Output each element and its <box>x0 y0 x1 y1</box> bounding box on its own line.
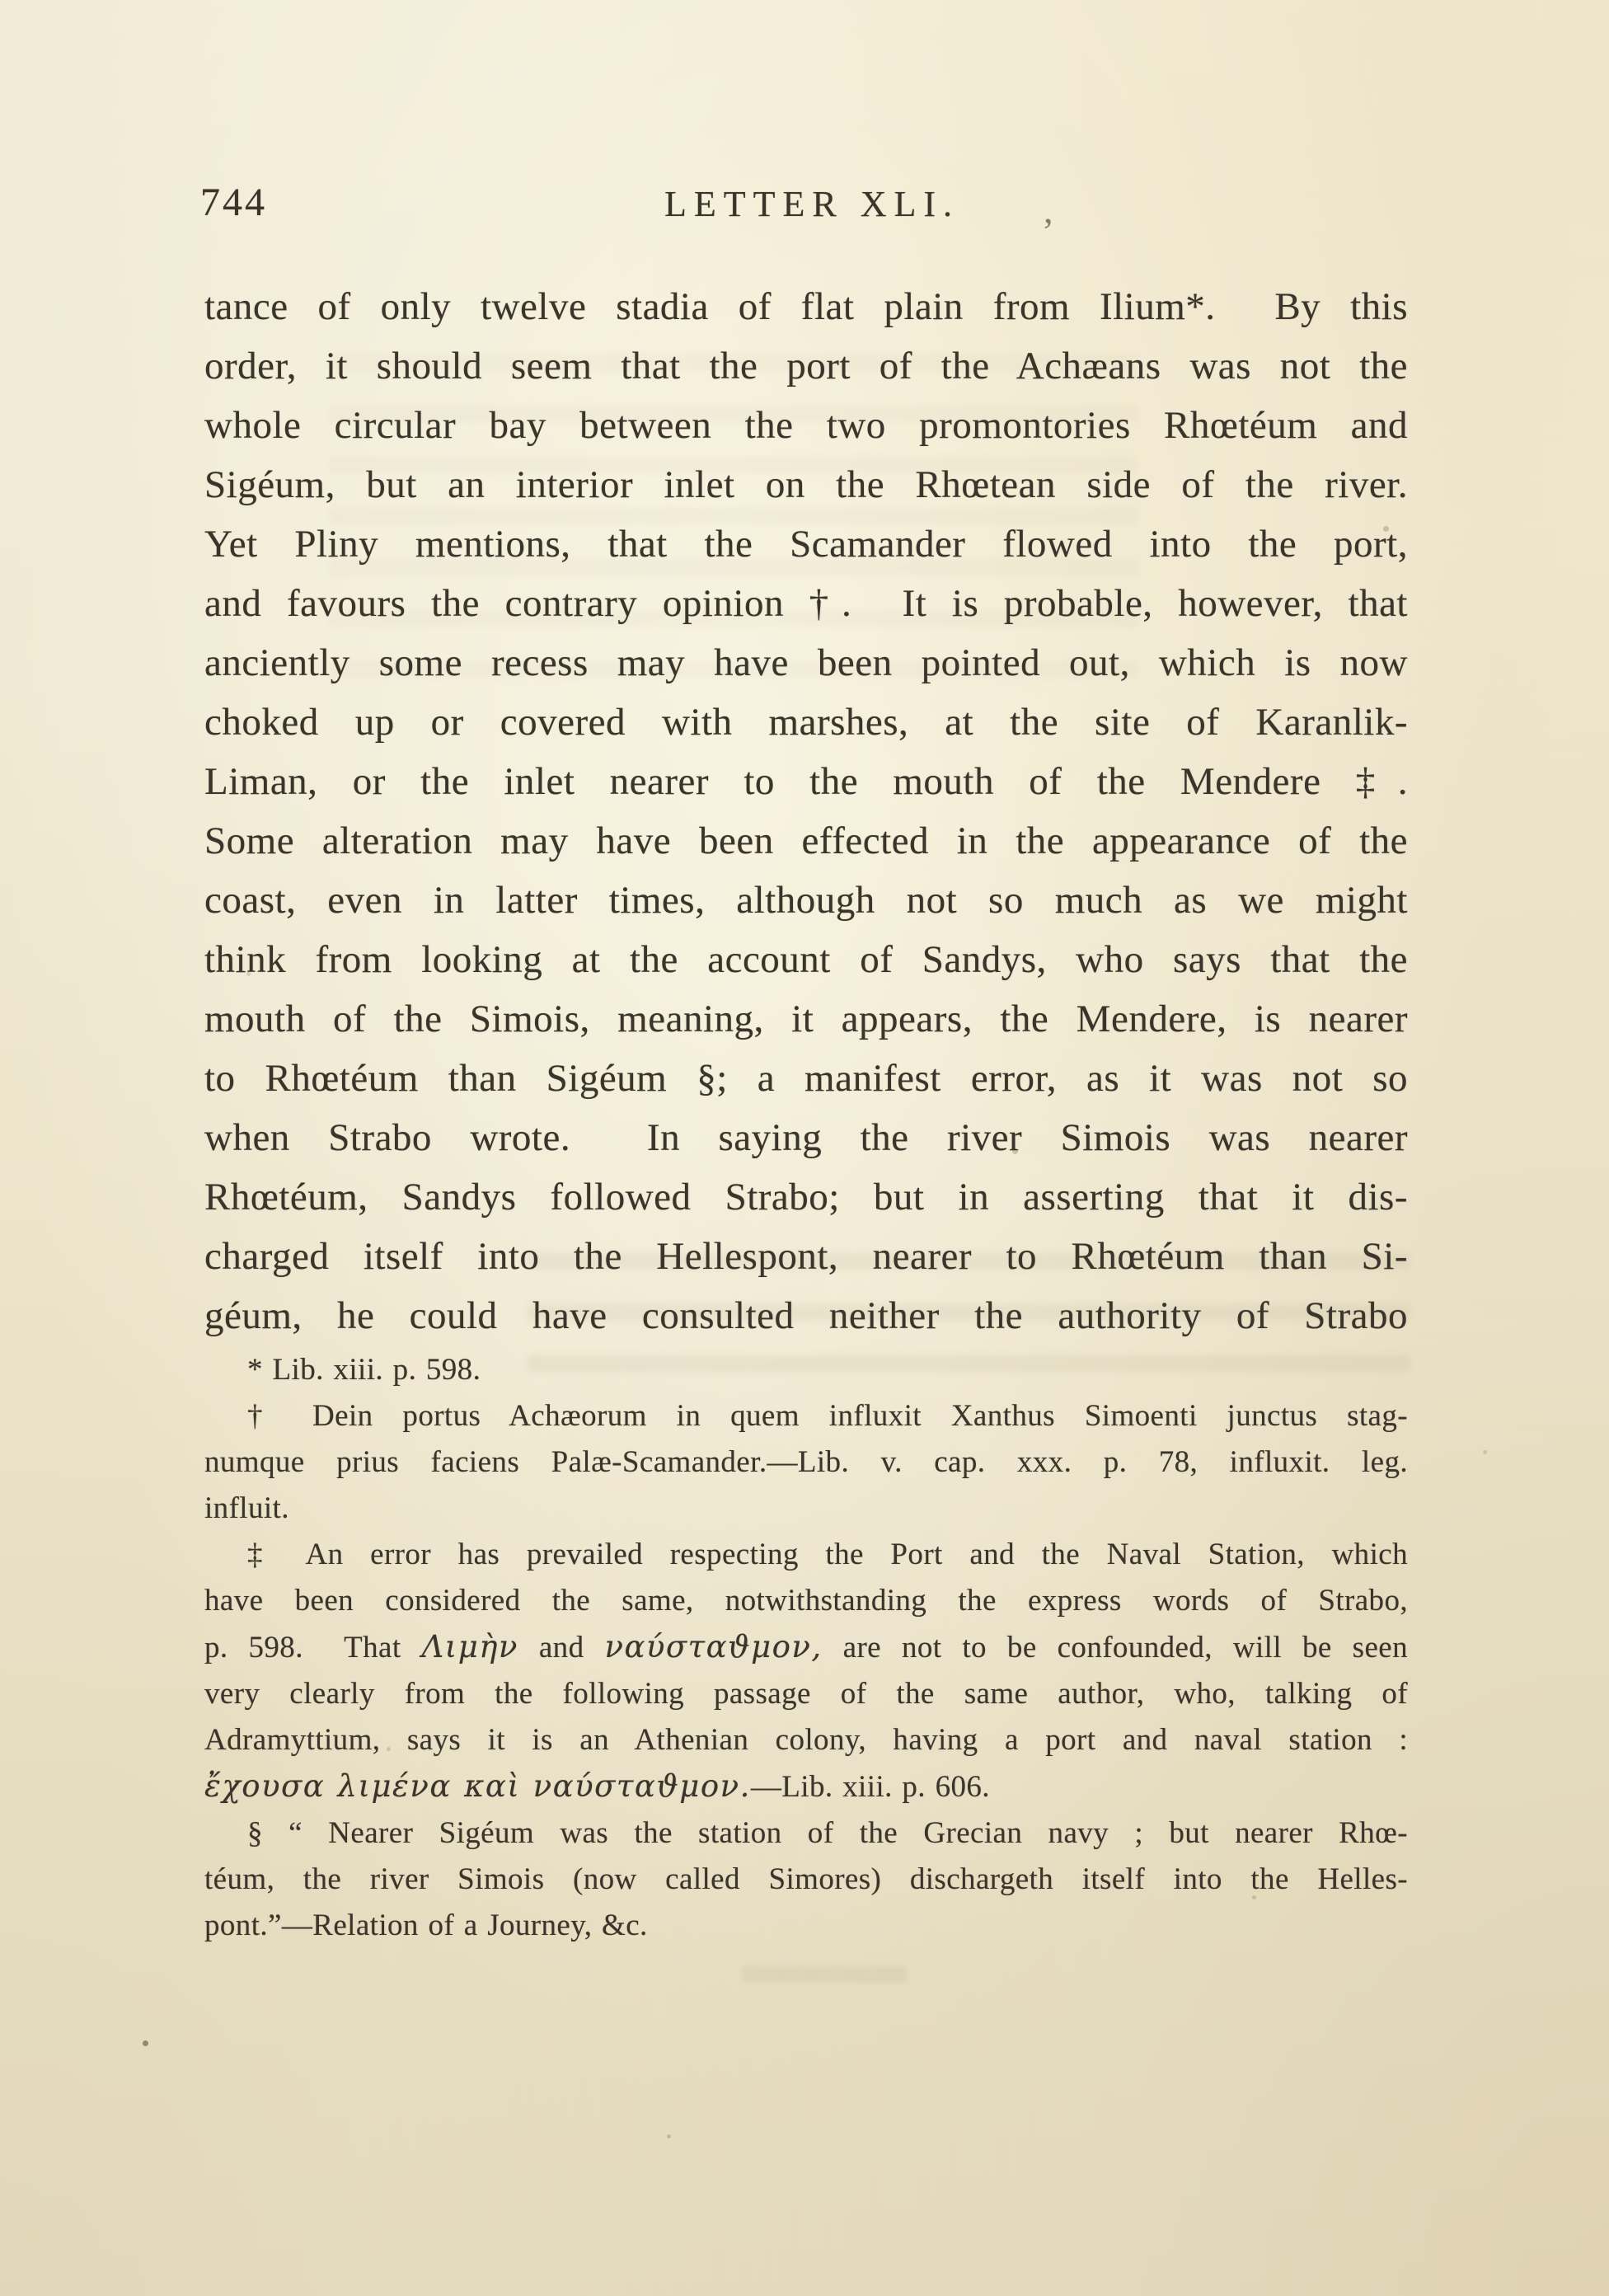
footnote-line: téum, the river Simois (now called Simor… <box>204 1857 1408 1903</box>
body-line: Sigéum, but an interior inlet on the Rhœ… <box>204 455 1408 514</box>
text-run: very clearly from the following passage … <box>204 1677 1408 1711</box>
text-run: to Rhœtéum than Sigéum §; a manifest err… <box>204 1057 1408 1100</box>
footnote-line: p. 598. That Λιμὴν and ναύσταϑμον, are n… <box>204 1624 1408 1671</box>
text-run: ‡ An error has prevailed respecting the … <box>247 1538 1408 1571</box>
text-run: † Dein portus Achæorum in quem influxit … <box>247 1399 1408 1433</box>
body-line: coast, even in latter times, although no… <box>204 871 1408 930</box>
text-run: when Strabo wrote. In saying the river S… <box>204 1116 1408 1159</box>
text-run: and favours the contrary opinion †. It i… <box>204 582 1408 625</box>
greek-text-run: Λιμὴν <box>421 1629 518 1664</box>
body-line: Liman, or the inlet nearer to the mouth … <box>204 752 1408 811</box>
footnote-line: ἔχουσα λιμένα καὶ ναύσταϑμον.—Lib. xiii.… <box>204 1763 1408 1810</box>
text-run: numque prius faciens Palæ-Scamander.—Lib… <box>204 1445 1408 1479</box>
footnote-line: pont.”—Relation of a Journey, &c. <box>204 1903 1408 1949</box>
body-line: charged itself into the Hellespont, near… <box>204 1227 1408 1286</box>
paper-specks <box>0 0 2 2</box>
text-run: and <box>518 1631 605 1664</box>
footnote-line: influit. <box>204 1486 1408 1532</box>
body-line: Yet Pliny mentions, that the Scamander f… <box>204 514 1408 574</box>
body-line: whole circular bay between the two promo… <box>204 396 1408 455</box>
text-run: tance of only twelve stadia of flat plai… <box>204 285 1408 328</box>
ink-speck-mark: , <box>1044 188 1053 232</box>
text-run: influit. <box>204 1491 289 1525</box>
body-line: when Strabo wrote. In saying the river S… <box>204 1108 1408 1167</box>
text-run: are not to be confounded, will be seen <box>823 1631 1408 1664</box>
body-line: choked up or covered with marshes, at th… <box>204 693 1408 752</box>
text-run: charged itself into the Hellespont, near… <box>204 1235 1408 1278</box>
greek-text-run: ναύσταϑμον, <box>604 1629 822 1664</box>
body-line: to Rhœtéum than Sigéum §; a manifest err… <box>204 1049 1408 1108</box>
body-line: order, it should seem that the port of t… <box>204 336 1408 396</box>
text-run: * Lib. xiii. p. 598. <box>247 1353 481 1387</box>
text-run: § “ Nearer Sigéum was the station of the… <box>247 1816 1408 1850</box>
running-head: LETTER XLI. <box>664 183 959 225</box>
text-run: order, it should seem that the port of t… <box>204 345 1408 387</box>
body-line: Some alteration may have been effected i… <box>204 811 1408 871</box>
footnotes: * Lib. xiii. p. 598.† Dein portus Achæor… <box>204 1347 1408 1949</box>
main-paragraph: tance of only twelve stadia of flat plai… <box>204 277 1408 1345</box>
text-run: Sigéum, but an interior inlet on the Rhœ… <box>204 463 1408 506</box>
greek-text-run: ἔχουσα λιμένα καὶ ναύσταϑμον. <box>204 1768 751 1804</box>
footnote-line: ‡ An error has prevailed respecting the … <box>204 1532 1408 1578</box>
footnote-line: † Dein portus Achæorum in quem influxit … <box>204 1393 1408 1439</box>
page-number: 744 <box>200 180 267 225</box>
footnote-line: § “ Nearer Sigéum was the station of the… <box>204 1810 1408 1857</box>
text-run: pont.”—Relation of a Journey, &c. <box>204 1909 648 1942</box>
text-run: mouth of the Simois, meaning, it appears… <box>204 998 1408 1040</box>
text-run: Some alteration may have been effected i… <box>204 819 1408 862</box>
footnote-line: Adramyttium, says it is an Athenian colo… <box>204 1717 1408 1763</box>
book-page: 744 LETTER XLI. , tance of only twelve s… <box>0 0 1609 2296</box>
body-line: Rhœtéum, Sandys followed Strabo; but in … <box>204 1167 1408 1227</box>
text-run: Yet Pliny mentions, that the Scamander f… <box>204 523 1408 566</box>
text-run: coast, even in latter times, although no… <box>204 879 1408 922</box>
text-run: think from looking at the account of San… <box>204 938 1408 981</box>
footnote-line: * Lib. xiii. p. 598. <box>204 1347 1408 1393</box>
footnote-line: have been considered the same, notwithst… <box>204 1578 1408 1624</box>
text-run: whole circular bay between the two promo… <box>204 404 1408 447</box>
text-run: Adramyttium, says it is an Athenian colo… <box>204 1723 1408 1757</box>
footnote-line: very clearly from the following passage … <box>204 1671 1408 1717</box>
text-run: téum, the river Simois (now called Simor… <box>204 1862 1408 1896</box>
text-run: Liman, or the inlet nearer to the mouth … <box>204 760 1408 803</box>
show-through-smudge <box>742 1966 907 2007</box>
body-line: think from looking at the account of San… <box>204 930 1408 989</box>
text-run: Rhœtéum, Sandys followed Strabo; but in … <box>204 1176 1408 1218</box>
body-line: géum, he could have consulted neither th… <box>204 1286 1408 1345</box>
footnote-line: numque prius faciens Palæ-Scamander.—Lib… <box>204 1439 1408 1486</box>
text-run: —Lib. xiii. p. 606. <box>751 1770 990 1804</box>
body-line: tance of only twelve stadia of flat plai… <box>204 277 1408 336</box>
text-run: choked up or covered with marshes, at th… <box>204 701 1408 744</box>
body-line: and favours the contrary opinion †. It i… <box>204 574 1408 633</box>
text-run: p. 598. That <box>204 1631 421 1664</box>
text-run: have been considered the same, notwithst… <box>204 1584 1408 1618</box>
body-line: anciently some recess may have been poin… <box>204 633 1408 693</box>
text-run: anciently some recess may have been poin… <box>204 641 1408 684</box>
text-run: géum, he could have consulted neither th… <box>204 1294 1408 1337</box>
body-line: mouth of the Simois, meaning, it appears… <box>204 989 1408 1049</box>
